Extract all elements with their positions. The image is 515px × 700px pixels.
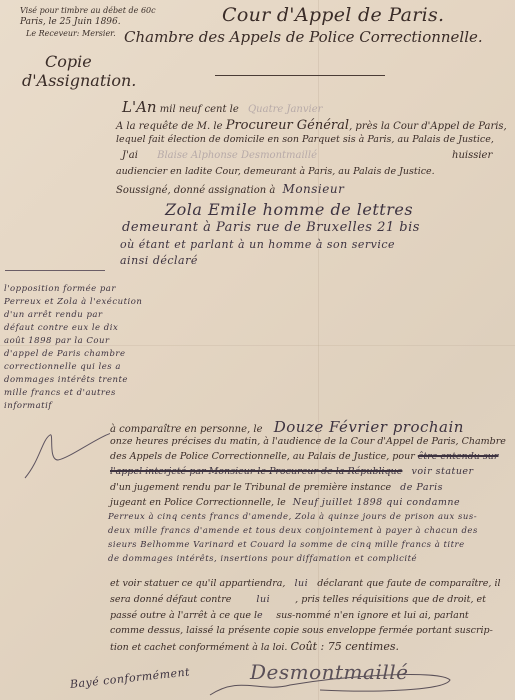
form-line-assignation: Soussigné, donné assignation à Monsieur <box>116 182 344 196</box>
jai-label: J'ai <box>122 150 138 161</box>
form-line-requete: A la requête de M. le Procureur Général,… <box>116 118 507 133</box>
sus-nomme-label: sus-nommé n'en ignore et lui ai, parlant <box>276 610 469 621</box>
judgment-detail-line: Perreux à cinq cents francs d'amende, Zo… <box>108 512 477 522</box>
appels-label: des Appels de Police Correctionnelle, au… <box>110 451 415 462</box>
requete-label: A la requête de M. le <box>116 121 223 132</box>
police-label: jugeant en Police Correctionnelle, le <box>110 497 286 508</box>
form-line-heure: onze heures précises du matin, à l'audie… <box>110 436 506 447</box>
form-line-audiencier: audiencier en ladite Cour, demeurant à P… <box>116 166 435 177</box>
gender-filled: e <box>257 610 263 621</box>
doc-type-line-1: Copie <box>45 52 92 71</box>
margin-note-line: l'opposition formée par <box>4 284 116 294</box>
huissier-name-filled: Blaise Alphonse Desmontmaillé <box>157 150 317 161</box>
jugement-label: d'un jugement rendu par le Tribunal de p… <box>110 482 391 493</box>
pronoun-filled: lui <box>256 594 270 605</box>
requete-suffix: , près la Cour d'Appel de Paris, <box>349 121 507 132</box>
chamber-title: Chambre des Appels de Police Correctionn… <box>124 28 483 46</box>
cost-label: Coût : 75 centimes. <box>290 640 399 653</box>
form-line-enveloppe: comme dessus, laissé la présente copie s… <box>110 625 493 636</box>
requisitions-label: , pris telles réquisitions que de droit,… <box>295 594 486 605</box>
margin-note-line: informatif <box>4 401 52 411</box>
form-line-huissier: J'ai Blaise Alphonse Desmontmaillé huiss… <box>122 150 512 161</box>
margin-flourish-icon <box>20 420 110 480</box>
margin-note-line: défaut contre eux le dix <box>4 323 118 333</box>
form-line-statuer: et voir statuer ce qu'il appartiendra, l… <box>110 578 501 589</box>
margin-note-line: dommages intérêts trente <box>4 375 128 385</box>
form-line-domicile: lequel fait élection de domicile en son … <box>116 134 494 145</box>
stamp-line-1: Visé pour timbre au débet de 60c <box>20 6 156 15</box>
stamp-line-2: Paris, le 25 Juin 1896. <box>20 17 121 27</box>
judgment-detail-line: sieurs Belhomme Varinard et Couard la so… <box>108 540 465 550</box>
defaut-label: sera donné défaut contre <box>110 594 231 605</box>
statuer-label: et voir statuer ce qu'il appartiendra, <box>110 578 285 589</box>
margin-note-line: d'un arrêt rendu par <box>4 310 103 320</box>
signature-note: Bayé conformément <box>69 665 190 691</box>
margin-note-line: Perreux et Zola à l'exécution <box>4 297 142 307</box>
margin-note-line: août 1898 par la Cour <box>4 336 110 346</box>
pronoun-filled: lui <box>294 578 308 589</box>
recipient-title-filled: Monsieur <box>283 182 345 196</box>
form-line-appel-interjete: l'appel interjeté par Monsieur le Procur… <box>110 466 474 477</box>
form-line-comparaitre: à comparaître en personne, le Douze Févr… <box>110 418 464 436</box>
lan-label: L'An <box>122 98 157 116</box>
inserted-text: voir statuer <box>411 466 473 477</box>
margin-rule <box>5 270 105 271</box>
recipient-declared-filled: ainsi déclaré <box>120 254 198 267</box>
struck-text: être entendu sur <box>418 451 499 462</box>
comparaitre-label: à comparaître en personne, le <box>110 424 263 435</box>
form-line-passe-outre: passé outre à l'arrêt à ce que le sus-no… <box>110 610 469 621</box>
margin-note-line: mille francs et d'autres <box>4 388 116 398</box>
loi-label: tion et cachet conformément à la loi. <box>110 642 287 653</box>
judgment-detail-line: deux mille francs d'amende et tous deux … <box>108 526 478 536</box>
huissier-label: huissier <box>452 150 492 161</box>
doc-type-line-2: d'Assignation. <box>22 71 136 90</box>
form-line-defaut: sera donné défaut contre lui , pris tell… <box>110 594 486 605</box>
signature-flourish-icon <box>200 655 460 700</box>
stamp-line-3: Le Receveur: Mersier. <box>26 29 116 38</box>
margin-note-line: correctionnelle qui les a <box>4 362 121 372</box>
tribunal-filled: de Paris <box>400 482 443 493</box>
recipient-address-filled: demeurant à Paris rue de Bruxelles 21 bi… <box>122 220 420 235</box>
header-rule <box>215 75 385 76</box>
form-line-jugement: d'un jugement rendu par le Tribunal de p… <box>110 482 443 493</box>
judgment-date-filled: Neuf juillet 1898 qui condamne <box>293 497 460 508</box>
margin-note-line: d'appel de Paris chambre <box>4 349 126 359</box>
form-line-police: jugeant en Police Correctionnelle, le Ne… <box>110 497 460 508</box>
recipient-name-filled: Zola Emile homme de lettres <box>165 200 413 219</box>
passe-outre-label: passé outre à l'arrêt à ce que l <box>110 610 257 621</box>
form-line-cout: tion et cachet conformément à la loi. Co… <box>110 640 399 653</box>
date-filled: Quatre Janvier <box>248 104 322 115</box>
assignation-label: Soussigné, donné assignation à <box>116 185 275 196</box>
year-label: mil neuf cent le <box>160 104 239 115</box>
judgment-detail-line: de dommages intérêts, insertions pour di… <box>108 554 417 564</box>
recipient-contact-filled: où étant et parlant à un homme à son ser… <box>120 238 395 251</box>
procureur-title: Procureur Général <box>226 118 349 133</box>
court-title: Cour d'Appel de Paris. <box>222 4 444 26</box>
hearing-date-filled: Douze Février prochain <box>274 418 464 436</box>
form-line-appels: des Appels de Police Correctionnelle, au… <box>110 451 498 462</box>
struck-text: l'appel interjeté par Monsieur le Procur… <box>110 466 402 477</box>
declarant-label: déclarant que faute de comparaître, il <box>317 578 500 589</box>
form-line-year: L'An mil neuf cent le Quatre Janvier <box>122 98 322 116</box>
